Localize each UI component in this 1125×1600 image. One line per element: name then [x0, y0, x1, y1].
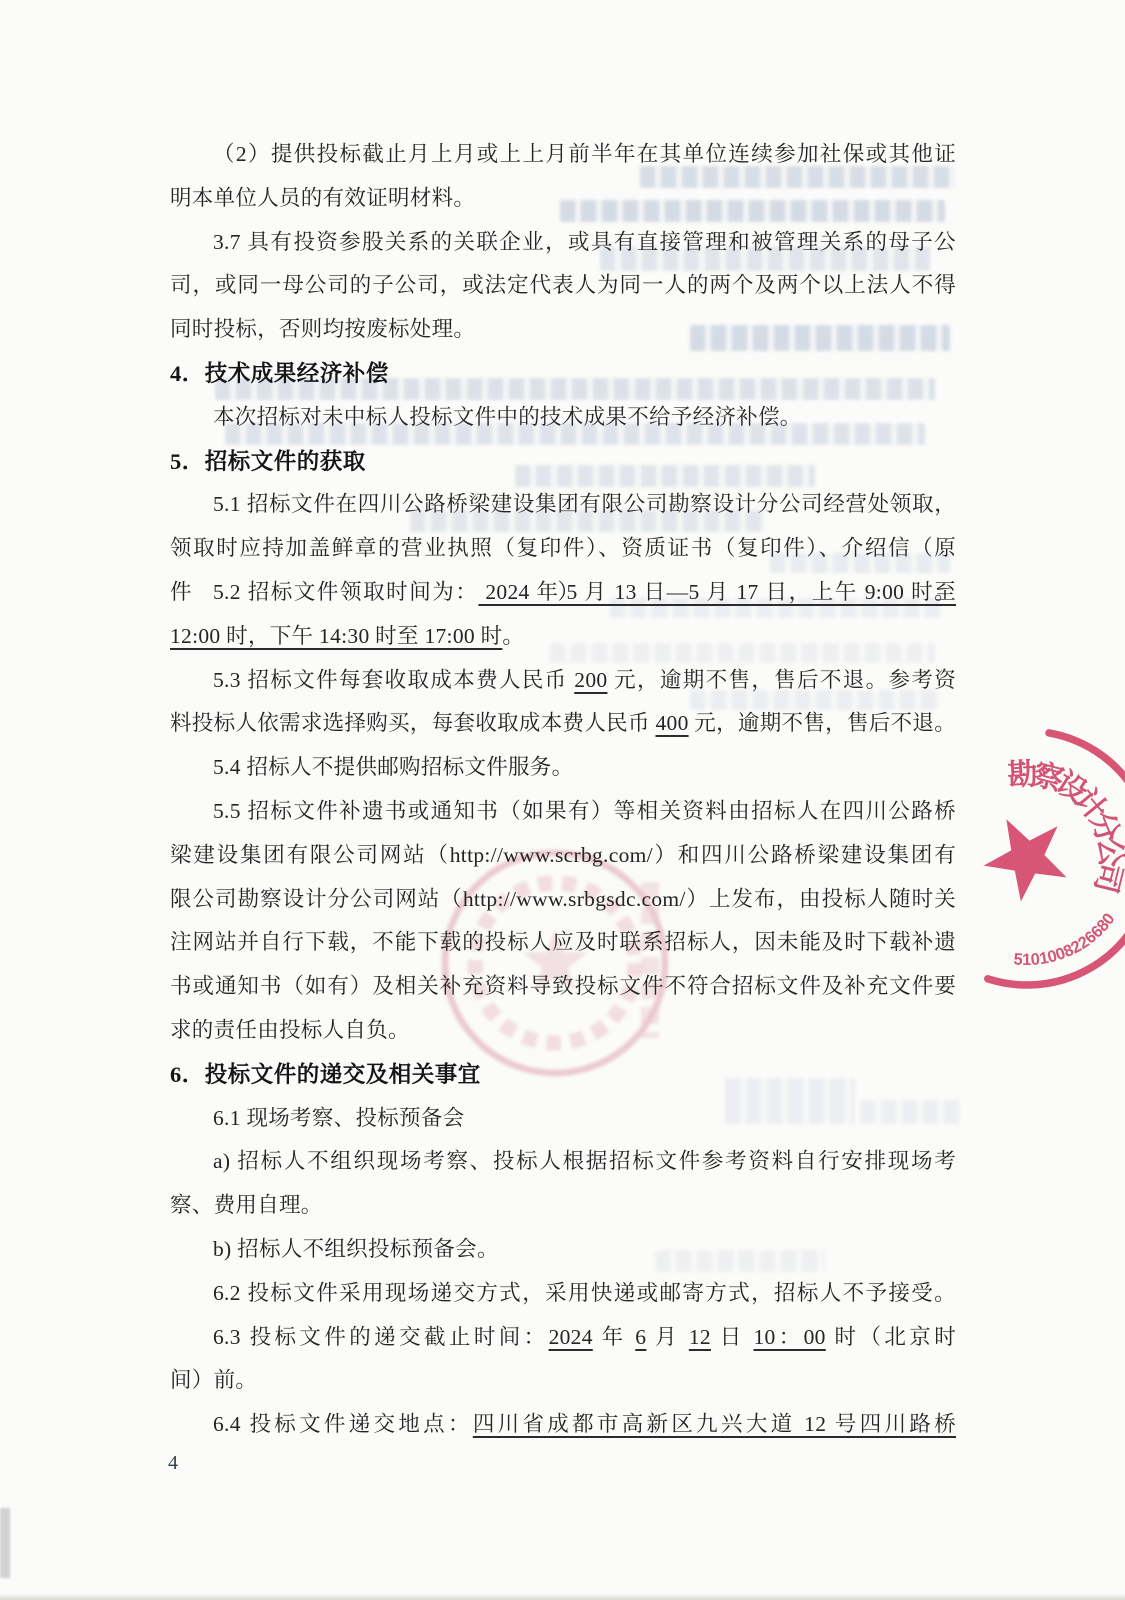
text-segment: 6．投标文件的递交及相关事宜	[170, 1062, 481, 1087]
text-line: 求的责任由投标人自负。	[170, 1009, 956, 1053]
text-line: 5.5 招标文件补遗书或通知书（如果有）等相关资料由招标人在四川公路桥	[170, 790, 956, 834]
text-segment: 察、费用自理。	[170, 1193, 323, 1217]
text-line: 6.2 投标文件采用现场递交方式，采用快递或邮寄方式，招标人不予接受。	[170, 1272, 956, 1316]
text-segment: 限公司勘察设计分公司网站（http://www.srbgsdc.com/）上发布…	[170, 887, 956, 911]
text-line: 5.4 招标人不提供邮购招标文件服务。	[170, 746, 956, 790]
text-segment: 5.1 招标文件在四川公路桥梁建设集团有限公司勘察设计分公司经营处领取，	[213, 492, 956, 516]
underlined-text: 2024 年 5 月 13 日—5 月 17 日，上午 9:00 时至	[478, 580, 956, 604]
page-number: 4	[168, 1452, 178, 1475]
text-line: 察、费用自理。	[170, 1184, 956, 1228]
text-segment: （2）提供投标截止月上月或上上月前半年在其单位连续参加社保或其他证	[213, 142, 956, 166]
underlined-text: 10：00	[754, 1325, 826, 1349]
text-segment: 书或通知书（如有）及相关补充资料导致投标文件不符合招标文件及补充文件要	[170, 974, 956, 998]
text-segment: 梁建设集团有限公司网站（http://www.scrbg.com/）和四川公路桥…	[170, 843, 956, 867]
edge-seal-star	[976, 811, 1069, 907]
text-segment: 元，逾期不售，售后不退。	[689, 711, 956, 735]
document-body: （2）提供投标截止月上月或上上月前半年在其单位连续参加社保或其他证明本单位人员的…	[170, 133, 956, 1447]
text-segment: 5.3 招标文件每套收取成本费人民币	[213, 668, 574, 692]
text-segment: 料投标人依需求选择购买，每套收取成本费人民币	[170, 711, 655, 735]
text-line: 12:00 时，下午 14:30 时至 17:00 时。	[170, 615, 956, 659]
underlined-text: 2024	[549, 1325, 593, 1349]
text-line: 限公司勘察设计分公司网站（http://www.srbgsdc.com/）上发布…	[170, 878, 956, 922]
text-segment: b) 招标人不组织投标预备会。	[213, 1237, 499, 1261]
text-segment: 日	[711, 1325, 754, 1349]
text-segment: 本次招标对未中标人投标文件中的技术成果不给予经济补偿。	[213, 405, 802, 429]
text-segment: 司，或同一母公司的子公司，或法定代表人为同一人的两个及两个以上法人不得	[170, 273, 956, 297]
underlined-text: 400	[655, 711, 688, 735]
text-line: 梁建设集团有限公司网站（http://www.scrbg.com/）和四川公路桥…	[170, 834, 956, 878]
underlined-text: 200	[574, 668, 607, 692]
text-line: 料投标人依需求选择购买，每套收取成本费人民币 400 元，逾期不售，售后不退。	[170, 702, 956, 746]
text-segment: 5．招标文件的获取	[170, 449, 366, 474]
text-segment: 3.7 具有投资参股关系的关联企业，或具有直接管理和被管理关系的母子公	[213, 230, 956, 254]
text-line: 5.2 招标文件领取时间为： 2024 年 5 月 13 日—5 月 17 日，…	[170, 571, 956, 615]
text-line: 明本单位人员的有效证明材料。	[170, 177, 956, 221]
text-line: 6.3 投标文件的递交截止时间：2024 年 6 月 12 日 10：00 时（…	[170, 1316, 956, 1360]
document-page: 勘察设计分公司 5101008226680 （2）提供投标截止月上月或上上月前半…	[0, 0, 1125, 1600]
text-segment: 6.3 投标文件的递交截止时间：	[213, 1325, 549, 1349]
text-segment: 4．技术成果经济补偿	[170, 361, 389, 386]
underlined-text: 四川省成都市高新区九兴大道 12 号四川路桥	[473, 1412, 956, 1436]
text-segment: 5.5 招标文件补遗书或通知书（如果有）等相关资料由招标人在四川公路桥	[213, 799, 956, 823]
text-line: 6.1 现场考察、投标预备会	[170, 1097, 956, 1141]
text-segment: a) 招标人不组织现场考察、投标人根据招标文件参考资料自行安排现场考	[213, 1149, 956, 1173]
text-segment: 明本单位人员的有效证明材料。	[170, 186, 475, 210]
text-line: 5.1 招标文件在四川公路桥梁建设集团有限公司勘察设计分公司经营处领取，	[170, 483, 956, 527]
text-segment: 5.4 招标人不提供邮购招标文件服务。	[213, 755, 573, 779]
text-segment: 5.2 招标文件领取时间为：	[213, 580, 478, 604]
section-heading: 4．技术成果经济补偿	[170, 352, 956, 396]
text-line: 5.3 招标文件每套收取成本费人民币 200 元，逾期不售，售后不退。参考资	[170, 659, 956, 703]
text-line: 本次招标对未中标人投标文件中的技术成果不给予经济补偿。	[170, 396, 956, 440]
text-line: （2）提供投标截止月上月或上上月前半年在其单位连续参加社保或其他证	[170, 133, 956, 177]
underlined-text: 12	[689, 1325, 711, 1349]
section-heading: 6．投标文件的递交及相关事宜	[170, 1053, 956, 1097]
text-line: 注网站并自行下载，不能下载的投标人应及时联系招标人，因未能及时下载补遗	[170, 921, 956, 965]
text-segment: 6.2 投标文件采用现场递交方式，采用快递或邮寄方式，招标人不予接受。	[213, 1281, 956, 1305]
scan-bottom-edge	[0, 1594, 1125, 1600]
text-line: 同时投标，否则均按废标处理。	[170, 308, 956, 352]
text-segment: 时（北京时	[826, 1325, 956, 1349]
text-segment: 6.1 现场考察、投标预备会	[213, 1106, 464, 1130]
text-segment: 间）前。	[170, 1368, 257, 1392]
text-line: 司，或同一母公司的子公司，或法定代表人为同一人的两个及两个以上法人不得	[170, 264, 956, 308]
text-line: 间）前。	[170, 1359, 956, 1403]
text-line: 书或通知书（如有）及相关补充资料导致投标文件不符合招标文件及补充文件要	[170, 965, 956, 1009]
section-heading: 5．招标文件的获取	[170, 440, 956, 484]
edge-seal-char: 司	[1088, 859, 1125, 896]
underlined-text: 12:00 时，下午 14:30 时至 17:00 时	[170, 624, 502, 648]
scan-smudge	[0, 1508, 10, 1578]
text-segment: 月	[646, 1325, 689, 1349]
text-segment: 元，逾期不售，售后不退。参考资	[607, 668, 956, 692]
text-line: 6.4 投标文件递交地点：四川省成都市高新区九兴大道 12 号四川路桥	[170, 1403, 956, 1447]
text-segment: 。	[502, 624, 524, 648]
text-segment: 注网站并自行下载，不能下载的投标人应及时联系招标人，因未能及时下载补遗	[170, 930, 956, 954]
underlined-text: 6	[635, 1325, 646, 1349]
text-segment: 6.4 投标文件递交地点：	[213, 1412, 473, 1436]
text-line: b) 招标人不组织投标预备会。	[170, 1228, 956, 1272]
text-line: a) 招标人不组织现场考察、投标人根据招标文件参考资料自行安排现场考	[170, 1140, 956, 1184]
text-line: 领取时应持加盖鲜章的营业执照（复印件）、资质证书（复印件）、介绍信（原件）。	[170, 527, 956, 571]
text-segment: 求的责任由投标人自负。	[170, 1018, 410, 1042]
text-segment: 年	[593, 1325, 636, 1349]
text-segment: 同时投标，否则均按废标处理。	[170, 317, 475, 341]
text-line: 3.7 具有投资参股关系的关联企业，或具有直接管理和被管理关系的母子公	[170, 221, 956, 265]
